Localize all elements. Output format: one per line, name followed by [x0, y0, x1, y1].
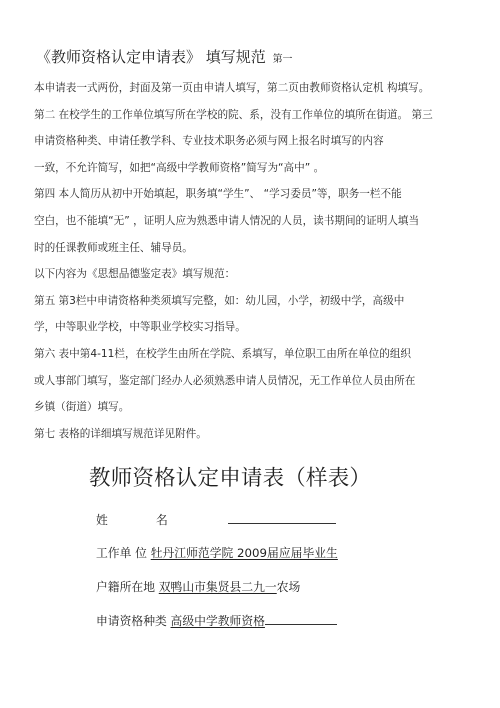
form-row-name: 姓名 — [96, 509, 338, 543]
guideline-line: 一致，不允许简写，如把“高级中学教师资格”简写为“高中” 。 — [34, 155, 494, 182]
guideline-line: 学，中等职业学校，中等职业学校实习指导。 — [34, 314, 494, 341]
guideline-line: 第二 在校学生的工作单位填写所在学校的院、系，没有工作单位的填所在街道。 第三 — [34, 102, 494, 129]
work-unit-value: 牡丹江师范学院 2009届应届毕业生 — [151, 546, 338, 560]
name-blank-field — [228, 509, 336, 524]
guideline-line: 时的任课教师或班主任、辅导员。 — [34, 235, 494, 262]
form-row-qualification: 申请资格种类 高级中学教师资格 — [96, 611, 338, 645]
sample-form: 姓名 工作单 位 牡丹江师范学院 2009届应届毕业生 户籍所在地 双鸭山市集贤… — [96, 509, 338, 645]
guideline-line: 第四 本人简历从初中开始填起，职务填“学生”、 “学习委员”等，职务一栏不能 — [34, 181, 494, 208]
guideline-line: 或人事部门填写，鉴定部门经办人必须熟悉申请人员情况，无工作单位人员由所在 — [34, 368, 494, 395]
guideline-line: 申请资格种类、申请任教学科、专业技术职务必须与网上报名时填写的内容 — [34, 128, 494, 155]
form-row-work-unit: 工作单 位 牡丹江师范学院 2009届应届毕业生 — [96, 543, 338, 577]
qualification-value: 高级中学教师资格 — [171, 614, 265, 628]
work-unit-label: 工作单 位 — [96, 546, 147, 560]
guideline-line: 第七 表格的详细填写规范详见附件。 — [34, 421, 494, 448]
form-row-household: 户籍所在地 双鸭山市集贤县二九一农场 — [96, 577, 338, 611]
guideline-line: 本申请表一式两份，封面及第一页由申请人填写，第二页由教师资格认定机 构填写。 — [34, 75, 494, 102]
guideline-line: 第六 表中第4-11栏，在校学生由所在学院、系填写，单位职工由所在单位的组织 — [34, 341, 494, 368]
qualification-label: 申请资格种类 — [96, 614, 167, 628]
document-heading-text: 《教师资格认定申请表》 填写规范 — [36, 48, 266, 66]
qualification-blank-line — [265, 612, 337, 625]
sample-form-title: 教师资格认定申请表（样表） — [89, 461, 371, 492]
name-label-part-1: 姓 — [96, 510, 156, 530]
guideline-line: 以下内容为《思想品德鉴定表》填写规范： — [34, 261, 494, 288]
document-heading: 《教师资格认定申请表》 填写规范 第一 — [36, 46, 293, 67]
guideline-line: 空白，也不能填“无” ，证明人应为熟悉申请人情况的人员，读书期间的证明人填当 — [34, 208, 494, 235]
guideline-line: 第五 第3栏中申请资格种类须填写完整，如：幼儿园，小学，初级中学，高级中 — [34, 288, 494, 315]
household-value-rest: 农场 — [277, 580, 301, 594]
name-label-part-2: 名 — [156, 510, 228, 530]
document-heading-suffix: 第一 — [273, 54, 293, 65]
household-value-underlined: 双鸭山市集贤县二九一 — [159, 580, 277, 594]
guideline-text: 本申请表一式两份，封面及第一页由申请人填写，第二页由教师资格认定机 构填写。 第… — [34, 75, 494, 447]
document-page: 《教师资格认定申请表》 填写规范 第一 本申请表一式两份，封面及第一页由申请人填… — [0, 0, 500, 708]
household-label: 户籍所在地 — [96, 580, 155, 594]
guideline-line: 乡镇（街道）填写。 — [34, 394, 494, 421]
